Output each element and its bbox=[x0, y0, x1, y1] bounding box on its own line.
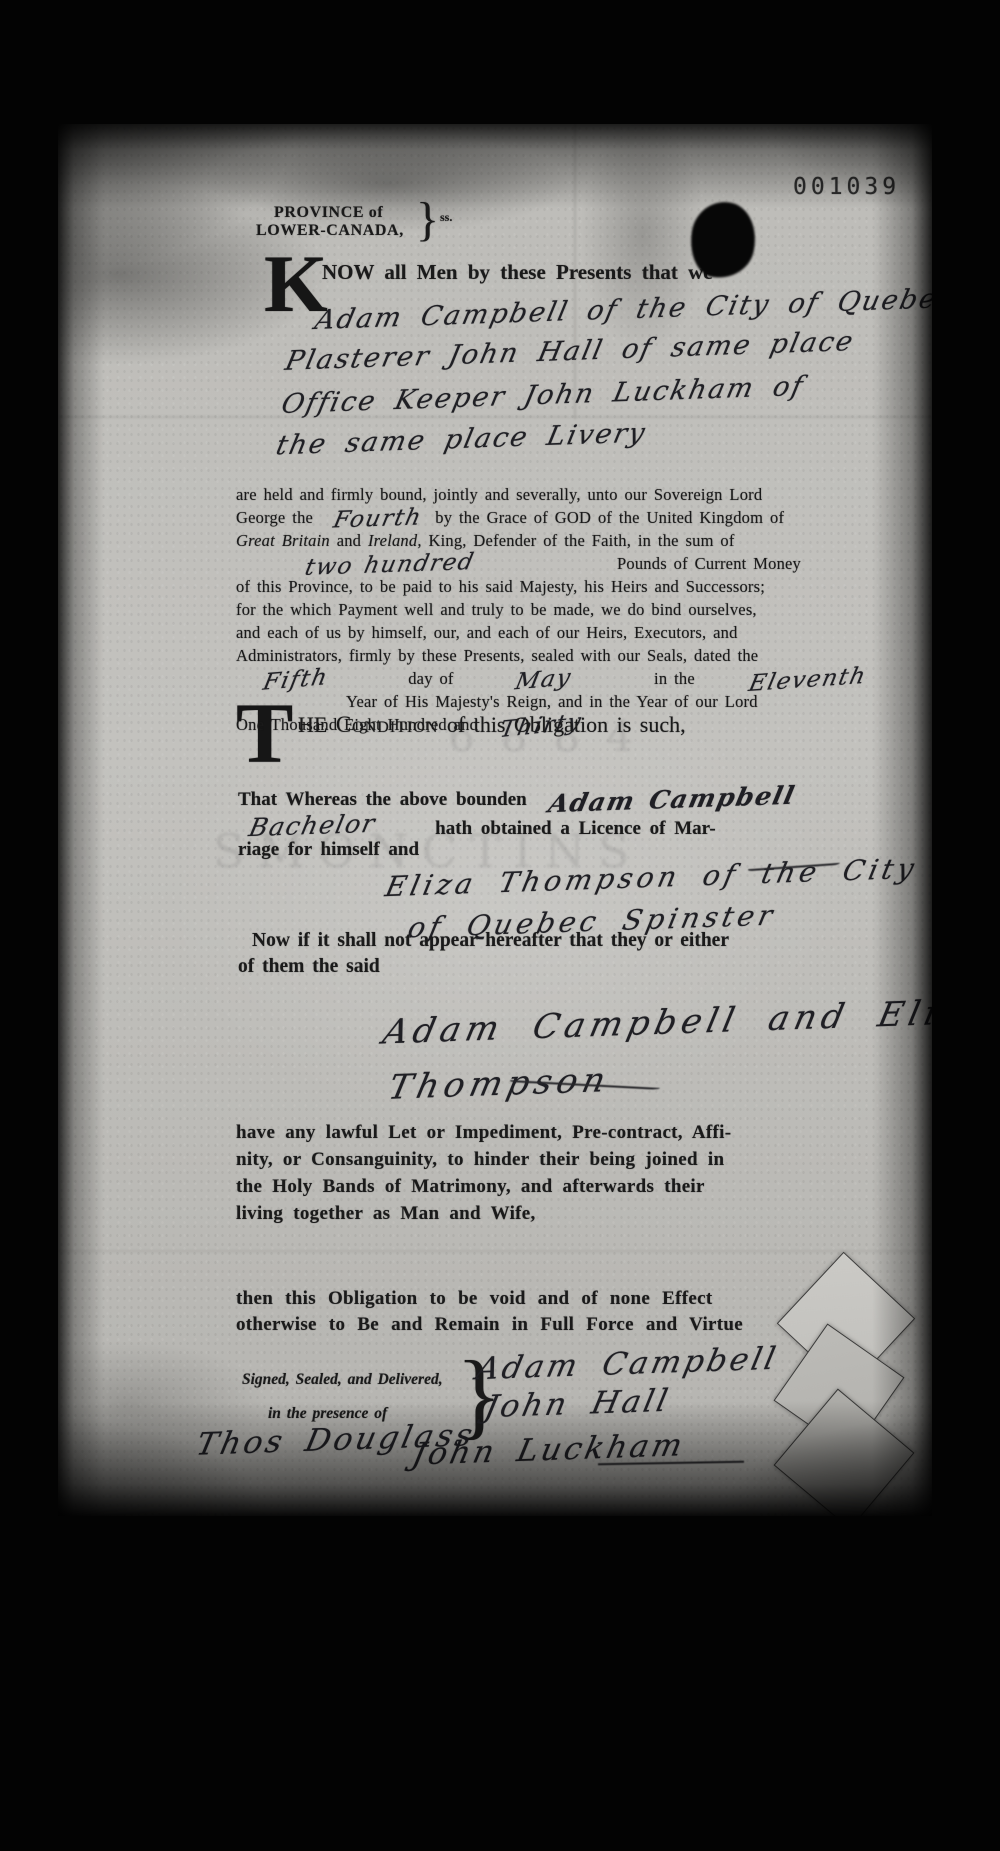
signature-adam-campbell: Adam Campbell bbox=[473, 1341, 782, 1387]
bond-line: Great Britain and Ireland, King, Defende… bbox=[236, 531, 801, 554]
bond-text: King, Defender of the Faith, in the sum … bbox=[428, 531, 734, 550]
handwritten-fill: Bachelor bbox=[246, 809, 378, 842]
bond-text: George the bbox=[236, 508, 313, 527]
bond-text: Pounds of Current Money bbox=[617, 554, 801, 577]
horizontal-fold-crease bbox=[58, 416, 932, 418]
now-line2: of them the said bbox=[238, 956, 380, 978]
handwritten-party-line: the same place Livery bbox=[273, 418, 649, 462]
know-heading: NOW all Men by these Presents that we bbox=[322, 260, 713, 285]
province-line1: PROVINCE of bbox=[256, 204, 404, 222]
bond-text: and bbox=[337, 531, 361, 550]
province-line2: LOWER-CANADA, bbox=[256, 222, 404, 240]
condition-text: of this Obligation is such, bbox=[447, 712, 686, 737]
document-page: 6884 SMONCTINS 001039 PROVINCE of LOWER-… bbox=[58, 124, 932, 1516]
impediment-line: living together as Man and Wife, bbox=[236, 1203, 731, 1230]
impediment-paragraph: have any lawful Let or Impediment, Pre-c… bbox=[236, 1122, 731, 1230]
closing-line: then this Obligation to be void and of n… bbox=[236, 1288, 743, 1314]
bond-line: for the which Payment well and truly to … bbox=[236, 600, 801, 623]
whereas-line3: riage for himself and bbox=[238, 839, 419, 861]
whereas-text: hath obtained a Licence of Mar- bbox=[435, 818, 716, 839]
impediment-line: the Holy Bands of Matrimony, and afterwa… bbox=[236, 1176, 731, 1203]
impediment-line: have any lawful Let or Impediment, Pre-c… bbox=[236, 1122, 731, 1149]
condition-heading: HE Condition of this Obligation is such, bbox=[298, 712, 686, 738]
handwritten-fill: Fifth bbox=[261, 666, 330, 694]
province-header: PROVINCE of LOWER-CANADA, bbox=[256, 204, 404, 240]
bond-text: Great Britain bbox=[236, 531, 330, 550]
bond-line: George the Fourthby the Grace of GOD of … bbox=[236, 508, 801, 531]
province-ss: ss. bbox=[440, 210, 452, 225]
handwritten-fill: May bbox=[514, 667, 574, 695]
closing-paragraph: then this Obligation to be void and of n… bbox=[236, 1288, 743, 1340]
bond-text: day of bbox=[408, 669, 453, 688]
bond-line: of this Province, to be paid to his said… bbox=[236, 577, 801, 600]
signed-sealed-label: Signed, Sealed, and Delivered, bbox=[242, 1371, 443, 1389]
handwritten-fill: Eleventh bbox=[746, 665, 868, 696]
bond-text: Ireland, bbox=[368, 531, 422, 550]
bond-line: two hundred Pounds of Current Money bbox=[236, 554, 801, 577]
bond-date-line: Fifth day of May in the Eleventh bbox=[236, 669, 801, 692]
microfilm-photo: 6884 SMONCTINS 001039 PROVINCE of LOWER-… bbox=[0, 0, 1000, 1851]
whereas-line1: That Whereas the above bounden Adam Camp… bbox=[238, 785, 794, 814]
handwritten-couple-names: Adam Campbell and Eliza bbox=[379, 992, 932, 1053]
bond-text: in the bbox=[654, 669, 695, 688]
condition-text: Condition bbox=[336, 712, 439, 737]
bond-line: and each of us by himself, our, and each… bbox=[236, 623, 801, 646]
bond-line: are held and firmly bound, jointly and s… bbox=[236, 485, 801, 508]
handwritten-fill: Fourth bbox=[331, 506, 424, 532]
condition-text: HE bbox=[298, 712, 327, 737]
handwritten-fill: two hundred bbox=[303, 551, 477, 580]
impediment-line: nity, or Consanguinity, to hinder their … bbox=[236, 1149, 731, 1176]
whereas-line2: Bachelor hath obtained a Licence of Mar- bbox=[250, 811, 716, 840]
handwritten-party-line: Office Keeper John Luckham of bbox=[279, 371, 808, 420]
bond-paragraph: are held and firmly bound, jointly and s… bbox=[236, 485, 801, 738]
serial-number-stamp: 001039 bbox=[793, 174, 900, 200]
bond-text: by the Grace of GOD of the United Kingdo… bbox=[435, 508, 784, 527]
horizontal-fold-crease bbox=[58, 1250, 932, 1252]
province-brace: } bbox=[416, 198, 439, 242]
closing-line: otherwise to Be and Remain in Full Force… bbox=[236, 1314, 743, 1340]
now-line1: Now if it shall not appear hereafter tha… bbox=[252, 930, 729, 952]
signature-john-hall: John Hall bbox=[481, 1383, 673, 1425]
whereas-text: That Whereas the above bounden bbox=[238, 789, 527, 810]
